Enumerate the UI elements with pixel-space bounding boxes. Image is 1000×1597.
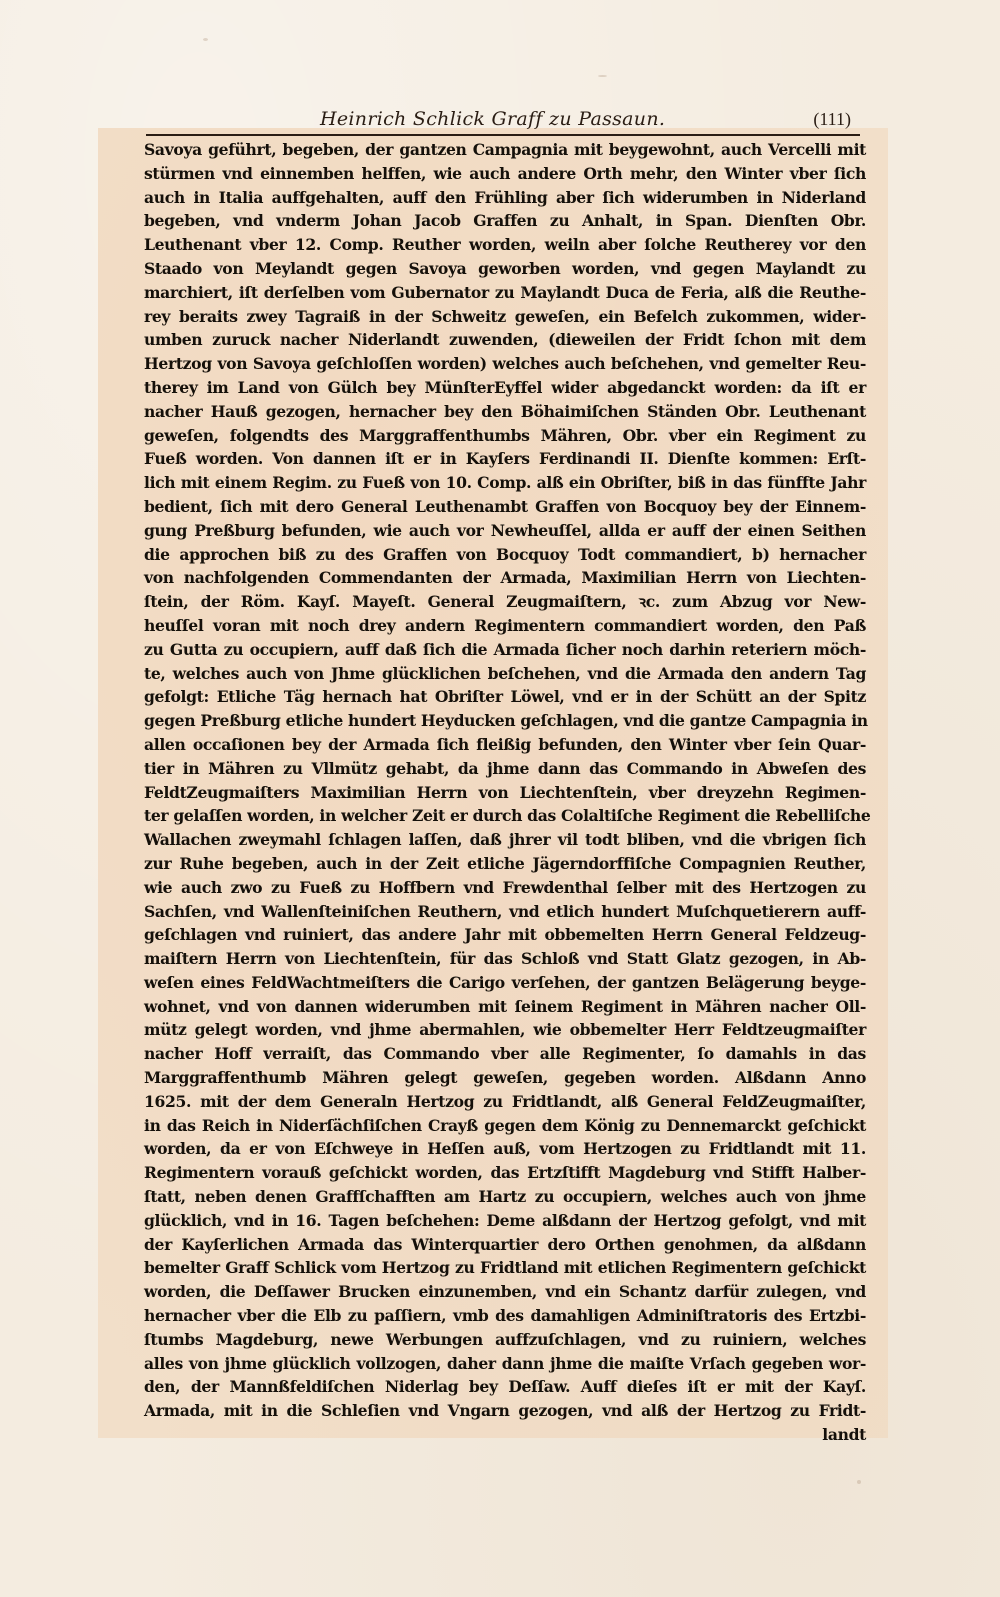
- text-line: stürmen vnd einnemben helffen, wie auch …: [144, 162, 866, 186]
- scanned-page: Heinrich Schlick Graff zu Passaun. (111)…: [0, 0, 1000, 1597]
- text-line: nacher Hauß gezogen, hernacher bey den B…: [144, 400, 866, 424]
- text-line: auch in Italia auffgehalten, auff den Fr…: [144, 186, 866, 210]
- text-line: ſtatt, neben denen Graffſchafften am Har…: [144, 1185, 866, 1209]
- text-line: allen occaſionen bey der Armada ſich fle…: [144, 733, 866, 757]
- text-line: tier in Mähren zu Vllmütz gehabt, da jhm…: [144, 757, 866, 781]
- text-line: umben zuruck nacher Niderlandt zuwenden,…: [144, 328, 866, 352]
- paper-speck: [857, 1480, 861, 1484]
- text-line: wohnet, vnd von dannen widerumben mit ſe…: [144, 995, 866, 1019]
- text-line: geſchlagen vnd ruiniert, das andere Jahr…: [144, 923, 866, 947]
- text-line: Wallachen zweymahl ſchlagen laſſen, daß …: [144, 828, 866, 852]
- text-line: Staado von Meylandt gegen Savoya geworbe…: [144, 257, 866, 281]
- text-line: gefolgt: Etliche Täg hernach hat Obriſte…: [144, 685, 866, 709]
- text-line: Armada, mit in die Schleſien vnd Vngarn …: [144, 1399, 866, 1423]
- text-line: ter gelaſſen worden, in welcher Zeit er …: [144, 804, 866, 828]
- text-line: lich mit einem Regim. zu Fueß von 10. Co…: [144, 471, 866, 495]
- text-line: Regimentern vorauß geſchickt worden, das…: [144, 1161, 866, 1185]
- text-line: marchiert, iſt derſelben vom Gubernator …: [144, 281, 866, 305]
- text-line: bemelter Graff Schlick vom Hertzog zu Fr…: [144, 1256, 866, 1280]
- text-line: hernacher vber die Elb zu paſſiern, vmb …: [144, 1304, 866, 1328]
- text-line: geweſen, folgendts des Marggraffenthumbs…: [144, 424, 866, 448]
- text-line: Marggraffenthumb Mähren gelegt geweſen, …: [144, 1066, 866, 1090]
- text-line: heuſſel voran mit noch drey andern Regim…: [144, 614, 866, 638]
- text-line: mütz gelegt worden, vnd jhme abermahlen,…: [144, 1018, 866, 1042]
- text-line: gegen Preßburg etliche hundert Heyducken…: [144, 709, 866, 733]
- paper-speck: [598, 75, 607, 77]
- text-line: zur Ruhe begeben, auch in der Zeit etlic…: [144, 852, 866, 876]
- running-head: Heinrich Schlick Graff zu Passaun. (111): [140, 104, 865, 132]
- text-line: in das Reich in Niderſächſiſchen Crayß g…: [144, 1114, 866, 1138]
- text-line: wie auch zwo zu Fueß zu Hoffbern vnd Fre…: [144, 876, 866, 900]
- text-line: glücklich, vnd in 16. Tagen beſchehen: D…: [144, 1209, 866, 1233]
- text-line: therey im Land von Gülch bey MünſterEyff…: [144, 376, 866, 400]
- text-line: Leuthenant vber 12. Comp. Reuther worden…: [144, 233, 866, 257]
- page-number: (111): [813, 109, 851, 130]
- text-line: nacher Hoff verraiſt, das Commando vber …: [144, 1042, 866, 1066]
- catchword: landt: [144, 1423, 866, 1447]
- running-head-title: Heinrich Schlick Graff zu Passaun.: [320, 108, 665, 130]
- text-line: Sachſen, vnd Wallenſteiniſchen Reuthern,…: [144, 900, 866, 924]
- text-line: alles von jhme glücklich vollzogen, dahe…: [144, 1352, 866, 1376]
- text-line: gung Preßburg befunden, wie auch vor New…: [144, 519, 866, 543]
- text-line: maiſtern Herrn von Liechtenſtein, für da…: [144, 947, 866, 971]
- text-line: von nachfolgenden Commendanten der Armad…: [144, 566, 866, 590]
- text-line: begeben, vnd vnderm Johan Jacob Graffen …: [144, 209, 866, 233]
- text-line: Savoya geführt, begeben, der gantzen Cam…: [144, 138, 866, 162]
- text-line: der Kayſerlichen Armada das Winterquarti…: [144, 1233, 866, 1257]
- paper-speck: [203, 38, 208, 41]
- text-line: Hertzog von Savoya geſchloſſen worden) w…: [144, 352, 866, 376]
- text-line: zu Gutta zu occupiern, auff daß ſich die…: [144, 638, 866, 662]
- header-rule: [146, 134, 860, 136]
- text-line: bedient, ſich mit dero General Leuthenam…: [144, 495, 866, 519]
- text-line: Fueß worden. Von dannen iſt er in Kayſer…: [144, 447, 866, 471]
- text-line: ſtein, der Röm. Kayſ. Mayeſt. General Ze…: [144, 590, 866, 614]
- text-line: die approchen biß zu des Graffen von Boc…: [144, 543, 866, 567]
- text-line: 1625. mit der dem Generaln Hertzog zu Fr…: [144, 1090, 866, 1114]
- text-line: rey beraits zwey Tagraiß in der Schweitz…: [144, 305, 866, 329]
- text-line: worden, die Deſſawer Brucken einzunemben…: [144, 1280, 866, 1304]
- body-text: Savoya geführt, begeben, der gantzen Cam…: [144, 138, 866, 1447]
- text-line: den, der Mannßfeldiſchen Niderlag bey De…: [144, 1375, 866, 1399]
- text-line: te, welches auch von Jhme glücklichen be…: [144, 662, 866, 686]
- text-line: ſtumbs Magdeburg, newe Werbungen auffzuſ…: [144, 1328, 866, 1352]
- text-line: weſen eines FeldWachtmeiſters die Carigo…: [144, 971, 866, 995]
- text-line: FeldtZeugmaiſters Maximilian Herrn von L…: [144, 781, 866, 805]
- text-line: worden, da er von Eſchweye in Heſſen auß…: [144, 1137, 866, 1161]
